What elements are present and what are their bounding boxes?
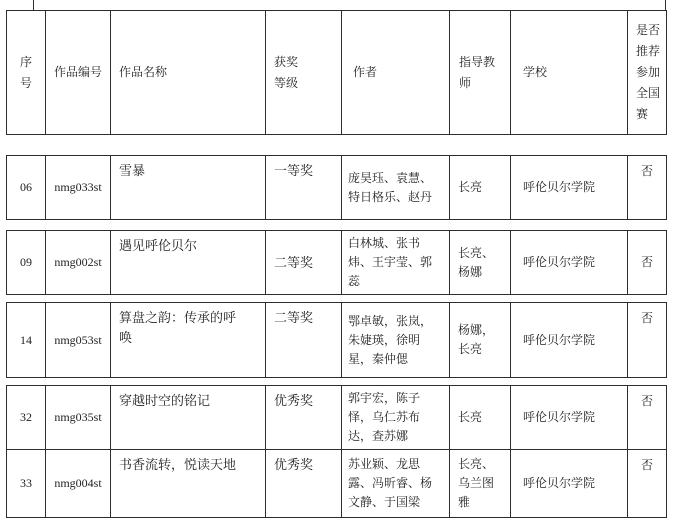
cell-award: 优秀奖 (265, 449, 341, 517)
cell-recommend: 否 (627, 156, 666, 219)
cell-recommend: 否 (627, 303, 666, 377)
cell-school: 呼伦贝尔学院 (510, 303, 627, 377)
cell-authors: 苏业颖、龙思 露、冯昕睿、杨 文静、于国梁 (341, 449, 449, 517)
cell-advisor: 长亮、 乌兰图 雅 (449, 449, 510, 517)
cell-recommend: 否 (627, 386, 666, 449)
cell-authors: 郭宇宏，陈子 怿，乌仁苏布 达，查苏娜 (341, 386, 449, 449)
cell-code: nmg004st (45, 449, 110, 517)
cell-recommend: 否 (627, 449, 666, 517)
cell-authors: 白林城、张书 炜、王宇莹、郭 蕊 (341, 231, 449, 294)
cell-recommend: 否 (627, 231, 666, 294)
cell-award: 二等奖 (265, 303, 341, 377)
table-row-group: 32 nmg035st 穿越时空的铭记 优秀奖 郭宇宏，陈子 怿，乌仁苏布 达，… (6, 385, 667, 518)
cell-advisor: 长亮、 杨娜 (449, 231, 510, 294)
cell-school: 呼伦贝尔学院 (510, 231, 627, 294)
cell-code: nmg002st (45, 231, 110, 294)
cell-school: 呼伦贝尔学院 (510, 156, 627, 219)
header-cell-recommend: 是否 推荐 参加 全国 赛 (627, 11, 666, 134)
header-cell-school: 学校 (510, 11, 627, 134)
cell-serial: 06 (7, 156, 45, 219)
cell-authors: 庞昊珏、袁慧、 特日格乐、赵丹 (341, 156, 449, 219)
header-cell-advisor: 指导教 师 (449, 11, 510, 134)
cell-authors: 鄂卓敏，张岚， 朱婕瑛，徐明 星，秦仲偲 (341, 303, 449, 377)
cell-title: 算盘之韵：传承的呼 唤 (110, 303, 265, 377)
cell-award: 二等奖 (265, 231, 341, 294)
table-header-row: 序 号 作品编号 作品名称 获奖 等级 作者 指导教 师 学校 是否 推荐 参加… (6, 10, 667, 135)
cell-serial: 32 (7, 386, 45, 449)
cell-advisor: 长亮 (449, 386, 510, 449)
header-cell-title: 作品名称 (110, 11, 265, 134)
cell-code: nmg035st (45, 386, 110, 449)
cell-title: 雪暴 (110, 156, 265, 219)
header-cell-code: 作品编号 (45, 11, 110, 134)
header-cell-award: 获奖 等级 (265, 11, 341, 134)
cell-serial: 33 (7, 449, 45, 517)
cell-code: nmg053st (45, 303, 110, 377)
cell-advisor: 长亮 (449, 156, 510, 219)
table-row: 09 nmg002st 遇见呼伦贝尔 二等奖 白林城、张书 炜、王宇莹、郭 蕊 … (6, 230, 667, 295)
cell-title: 遇见呼伦贝尔 (110, 231, 265, 294)
document-page: 序 号 作品编号 作品名称 获奖 等级 作者 指导教 师 学校 是否 推荐 参加… (0, 0, 678, 524)
cell-school: 呼伦贝尔学院 (510, 386, 627, 449)
cell-title: 书香流转，悦读天地 (110, 449, 265, 517)
cell-award: 一等奖 (265, 156, 341, 219)
cell-code: nmg033st (45, 156, 110, 219)
header-cell-authors: 作者 (341, 11, 449, 134)
cell-advisor: 杨娜， 长亮 (449, 303, 510, 377)
cell-serial: 09 (7, 231, 45, 294)
cell-serial: 14 (7, 303, 45, 377)
table-row: 14 nmg053st 算盘之韵：传承的呼 唤 二等奖 鄂卓敏，张岚， 朱婕瑛，… (6, 302, 667, 378)
cell-award: 优秀奖 (265, 386, 341, 449)
cell-title: 穿越时空的铭记 (110, 386, 265, 449)
cell-school: 呼伦贝尔学院 (510, 449, 627, 517)
header-cell-serial: 序 号 (7, 11, 45, 134)
table-row: 06 nmg033st 雪暴 一等奖 庞昊珏、袁慧、 特日格乐、赵丹 长亮 呼伦… (6, 155, 667, 220)
